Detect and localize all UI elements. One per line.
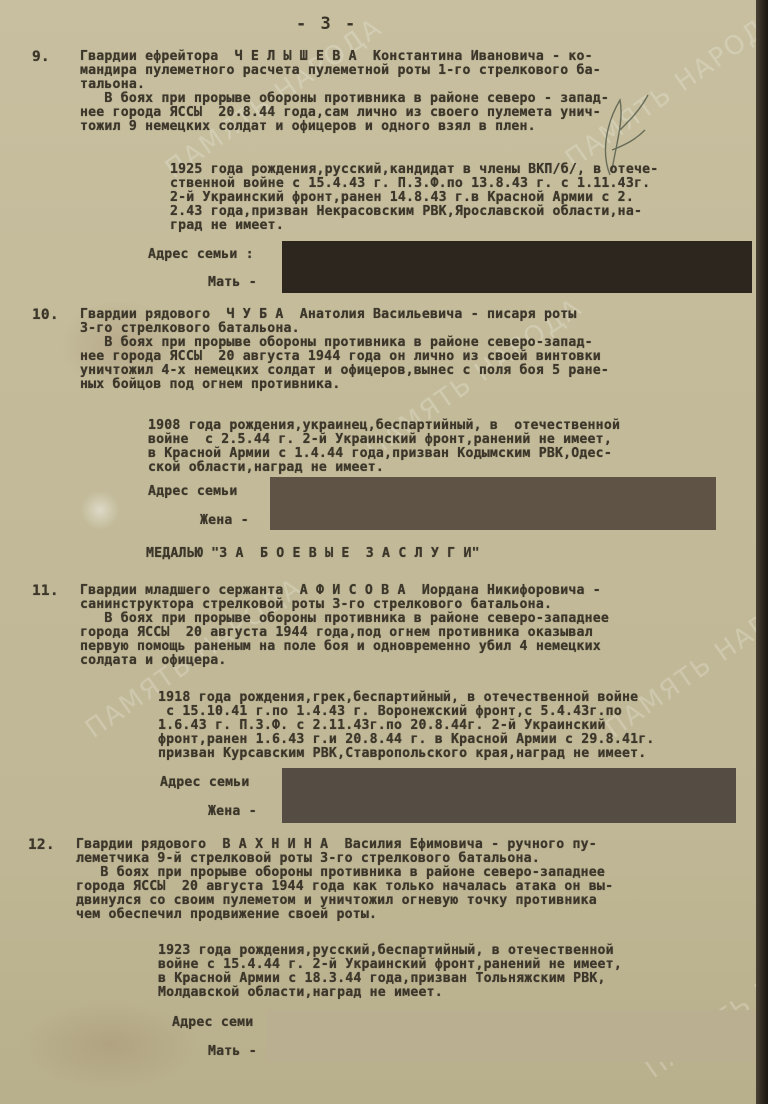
entry-deed-line: первую помощь раненым на поле боя и одно… — [80, 640, 601, 654]
entry-deed-line: солдата и офицера. — [80, 654, 227, 668]
family-address-label: Адрес семьи — [160, 776, 250, 790]
family-address-label: Адрес семьи — [148, 485, 238, 499]
entry-number: 9. — [32, 50, 50, 64]
entry-header-line: Гвардии ефрейтора Ч Е Л Ы Ш Е В А Конста… — [80, 50, 593, 64]
entry-bio-line: 2-й Украинский фронт,ранен 14.8.43 г.в К… — [170, 191, 634, 205]
entry-deed-line: нее города ЯССЫ 20.8.44 года,сам лично и… — [80, 106, 601, 120]
paper-stain — [20, 1000, 200, 1090]
entry-header-line: санинструктора стрелковой роты 3-го стре… — [80, 598, 552, 612]
entry-header-line: Гвардии рядового Ч У Б А Анатолия Василь… — [80, 308, 577, 322]
entry-deed-line: города ЯССЫ 20 августа 1944 года,под огн… — [80, 626, 593, 640]
entry-header-line: леметчика 9-й стрелковой роты 3-го стрел… — [76, 852, 540, 866]
entry-bio-line: 1918 года рождения,грек,беспартийный, в … — [158, 691, 638, 705]
redaction-box — [282, 241, 752, 293]
entry-header-line: 3-го стрелкового батальона. — [80, 322, 300, 336]
entry-deed-line: уничтожил 4-х немецких солдат и офицеров… — [80, 364, 609, 378]
entry-bio-line: в Красной Армии с 18.3.44 года,призван Т… — [158, 972, 606, 986]
entry-deed-line: тожил 9 немецких солдат и офицеров и одн… — [80, 120, 536, 134]
entry-bio-line: Молдавской области,наград не имеет. — [158, 986, 443, 1000]
entry-bio-line: войне с 2.5.44 г. 2-й Украинский фронт,р… — [148, 433, 612, 447]
entry-bio-line: фронт,ранен 1.6.43 г.и 20.8.44 г. в Крас… — [158, 733, 655, 747]
entry-bio-line: град не имеет. — [170, 219, 284, 233]
document-page: ПАМЯТЬ НАРОДА ПАМЯТЬ НАРОДА ПАМЯТЬ НАРОД… — [0, 0, 758, 1104]
medal-section-heading: МЕДАЛЬЮ "З А Б О Е В Ы Е З А С Л У Г И" — [146, 547, 480, 561]
entry-deed-line: В боях при прорыве обороны противника в … — [76, 866, 605, 880]
entry-bio-line: 1925 года рождения,русский,кандидат в чл… — [170, 163, 658, 177]
watermark: ПАМЯТЬ НАРОДА — [600, 572, 768, 744]
entry-deed-line: ных бойцов под огнем противника. — [80, 378, 340, 392]
entry-bio-line: призван Курсавским РВК,Ставропольского к… — [158, 747, 646, 761]
entry-number: 10. — [32, 308, 59, 322]
entry-bio-line: 1908 года рождения,украинец,беспартийный… — [148, 419, 620, 433]
entry-deed-line: В боях при прорыве обороны противника в … — [80, 92, 609, 106]
entry-bio-line: ской области,наград не имеет. — [148, 461, 384, 475]
relative-label: Жена - — [208, 805, 257, 819]
entry-header-line: тальона. — [80, 78, 145, 92]
entry-deed-line: двинулся со своим пулеметом и уничтожил … — [76, 894, 597, 908]
entry-number: 11. — [32, 584, 59, 598]
entry-bio-line: с 15.10.41 г.по 1.4.43 г. Воронежский фр… — [158, 705, 622, 719]
entry-number: 12. — [28, 838, 55, 852]
redaction-box — [282, 768, 736, 823]
entry-bio-line: 2.43 года,призван Некрасовским РВК,Яросл… — [170, 205, 642, 219]
page-edge — [756, 0, 768, 1104]
family-address-label: Адрес семьи : — [148, 248, 254, 262]
entry-header-line: Гвардии рядового В А Х Н И Н А Василия Е… — [76, 838, 597, 852]
paper-hole — [80, 490, 120, 530]
entry-deed-line: В боях при прорыве обороны противника в … — [80, 612, 609, 626]
relative-label: Жена - — [200, 514, 249, 528]
relative-label: Мать - — [208, 1045, 257, 1059]
redaction-box — [270, 477, 716, 530]
page-number: - 3 - — [296, 14, 357, 34]
entry-bio-line: 1923 года рождения,русский,беспартийный,… — [158, 944, 614, 958]
entry-bio-line: в Красной Армии с 1.4.44 года,призван Ко… — [148, 447, 612, 461]
redaction-box — [266, 1010, 766, 1062]
relative-label: Мать - — [208, 276, 257, 290]
entry-bio-line: ственной войне с 15.4.43 г. П.З.Ф.по 13.… — [170, 177, 650, 191]
entry-deed-line: города ЯССЫ 20 августа 1944 года как тол… — [76, 880, 613, 894]
entry-bio-line: войне с 15.4.44 г. 2-й Украинский фронт,… — [158, 958, 622, 972]
entry-deed-line: нее города ЯССЫ 20 августа 1944 года он … — [80, 350, 601, 364]
entry-header-line: Гвардии младшего сержанта А Ф И С О В А … — [80, 584, 601, 598]
family-address-label: Адрес семи — [172, 1016, 253, 1030]
entry-bio-line: 1.6.43 г. П.З.Ф. с 2.11.43г.по 20.8.44г.… — [158, 719, 606, 733]
entry-deed-line: чем обеспечил продвижение своей роты. — [76, 908, 377, 922]
entry-header-line: мандира пулеметного расчета пулеметной р… — [80, 64, 601, 78]
entry-deed-line: В боях при прорыве обороны противника в … — [80, 336, 593, 350]
